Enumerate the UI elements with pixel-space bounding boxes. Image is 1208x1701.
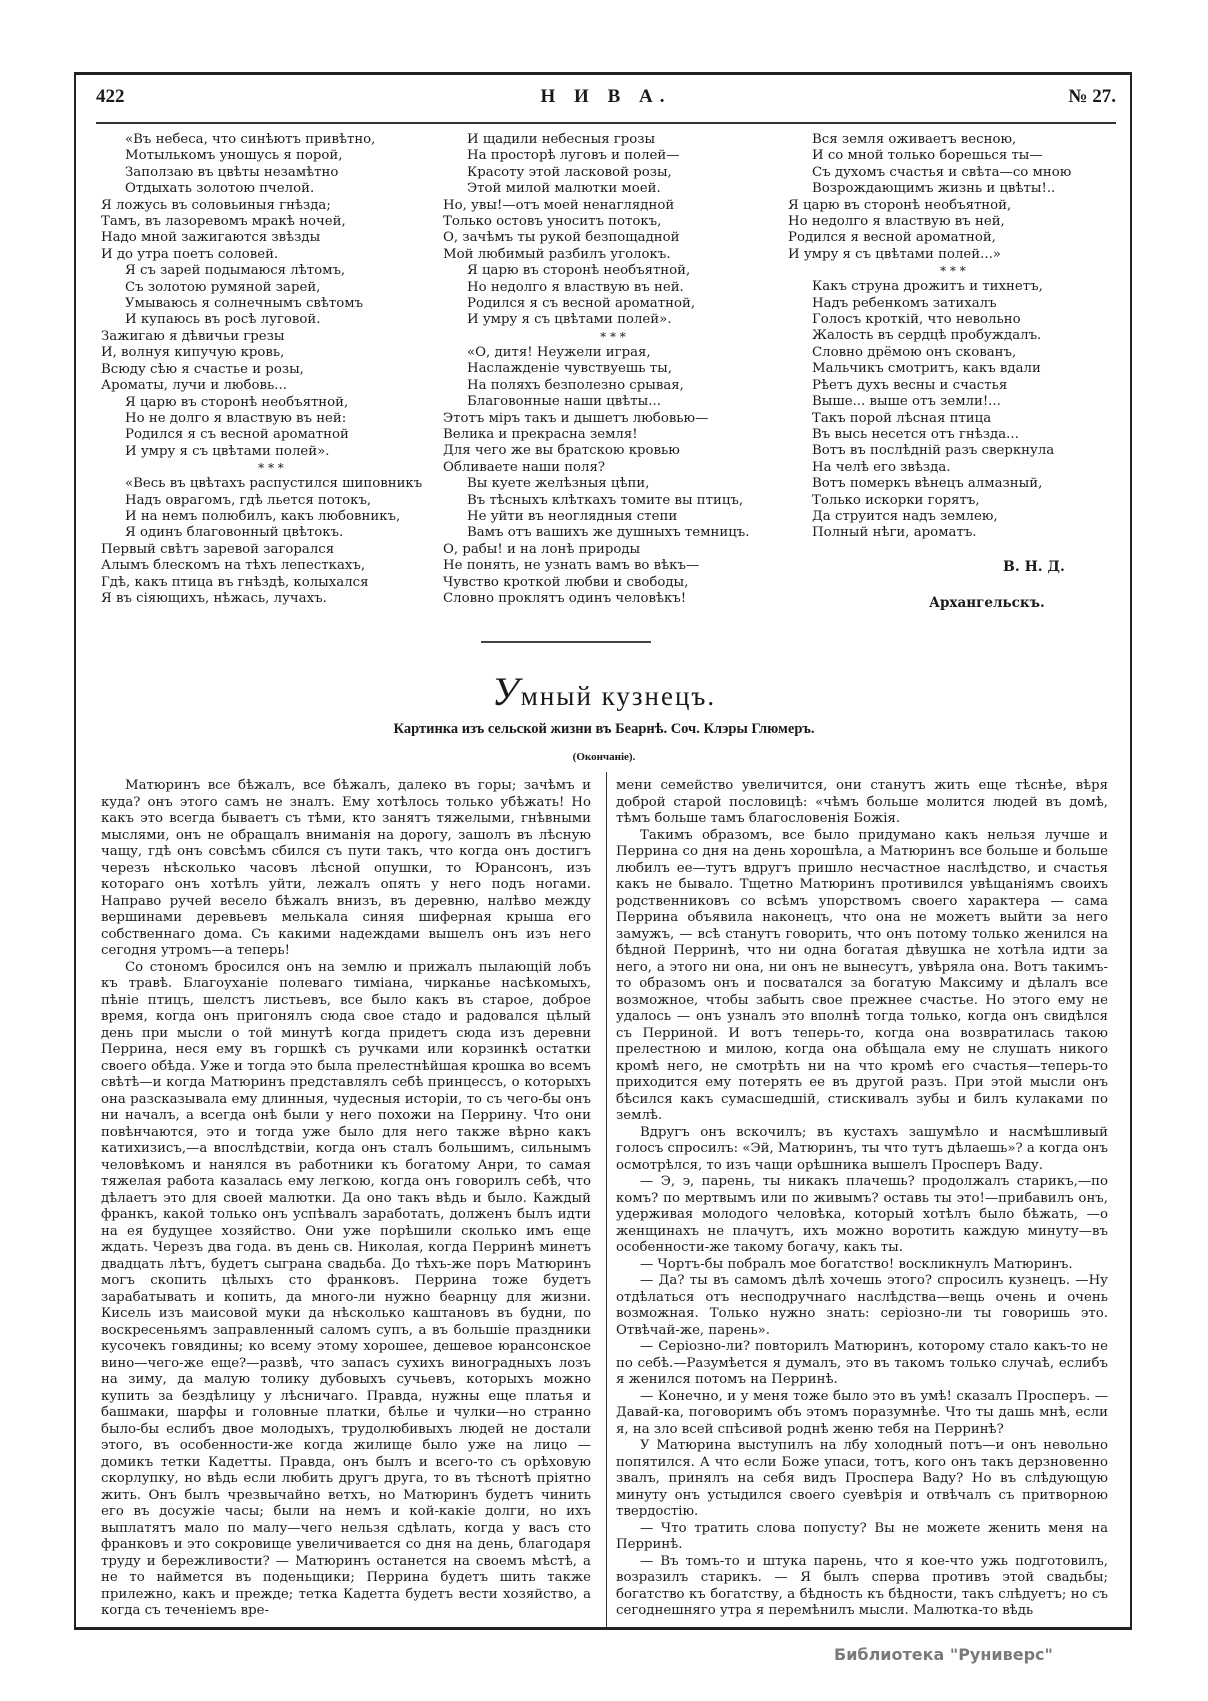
poem-line: Вы куете желѣзныя цѣпи,	[443, 476, 783, 492]
story-paragraph: — Да? ты въ самомъ дѣлѣ хочешь этого? сп…	[616, 1273, 1108, 1339]
poem-line: «Весь въ цвѣтахъ распустился шиповникъ	[101, 476, 441, 492]
stanza-separator: * * *	[788, 263, 1118, 279]
poem-line: Я одинъ благовонный цвѣтокъ.	[101, 525, 441, 541]
poem-line: Мотылькомъ уношусь я порой,	[101, 148, 441, 164]
poem-line: Велика и прекрасна земля!	[443, 427, 783, 443]
library-watermark: Библиотека "Руниверс"	[834, 1645, 1053, 1664]
poem-line: Но недолго я властвую въ ней,	[788, 214, 1118, 230]
poem-line: Первый свѣтъ заревой загорался	[101, 542, 441, 558]
title-rest: мный кузнецъ.	[521, 681, 716, 711]
story-paragraph: — Чортъ-бы побралъ мое богатство! воскли…	[616, 1257, 1108, 1274]
poem-line: Полный нѣги, ароматъ.	[788, 525, 1118, 541]
story-paragraph: Такимъ образомъ, все было придумано какъ…	[616, 828, 1108, 1125]
poem-line: Алымъ блескомъ на тѣхъ лепесткахъ,	[101, 558, 441, 574]
poem-line: Красоту этой ласковой розы,	[443, 165, 783, 181]
poem-line: И щадили небесныя грозы	[443, 132, 783, 148]
poem-line: Я царю въ сторонѣ необъятной,	[101, 395, 441, 411]
poem-line: О, рабы! и на лонѣ природы	[443, 542, 783, 558]
poem-line: Зажигаю я дѣвичьи грезы	[101, 329, 441, 345]
story-paragraph: У Матюрина выступилъ на лбу холодный пот…	[616, 1438, 1108, 1521]
poem-line: Вся земля оживаетъ весною,	[788, 132, 1118, 148]
poem-line: Я ложусь въ соловьиныя гнѣзда;	[101, 198, 441, 214]
poem-line: Надъ ребенкомъ затихалъ	[788, 296, 1118, 312]
poem-line: И до утра поетъ соловей.	[101, 247, 441, 263]
poem-line: Надо мной зажигаются звѣзды	[101, 230, 441, 246]
story-subtitle: Картинка изъ сельской жизни въ Беарнѣ. С…	[0, 721, 1208, 738]
poem-place: Архангельскъ.	[929, 595, 1045, 611]
poem-line: Этой милой малютки моей.	[443, 181, 783, 197]
poem-line: На просторѣ луговъ и полей—	[443, 148, 783, 164]
story-title: Умный кузнецъ.	[0, 668, 1208, 715]
poem-line: Обливаете наши поля?	[443, 460, 783, 476]
poem-line: Мой любимый разбилъ уголокъ.	[443, 247, 783, 263]
poem-line: Такъ порой лѣсная птица	[788, 411, 1118, 427]
story-paragraph: — Что тратить слова попусту? Вы не может…	[616, 1521, 1108, 1554]
poem-line: Отдыхать золотою пчелой.	[101, 181, 441, 197]
section-divider	[481, 641, 651, 643]
poem-line: И умру я съ цвѣтами полей...»	[788, 247, 1118, 263]
poem-line: И умру я съ цвѣтами полей».	[101, 444, 441, 460]
poem-line: И на немъ полюбилъ, какъ любовникъ,	[101, 509, 441, 525]
poem-line: И, волнуя кипучую кровь,	[101, 345, 441, 361]
poem-line: Благовонные наши цвѣты...	[443, 394, 783, 410]
poem-line: Только остовъ уноситъ потокъ,	[443, 214, 783, 230]
poem-line: Родился я весной ароматной,	[788, 230, 1118, 246]
poem-line: Всюду сѣю я счастье и розы,	[101, 362, 441, 378]
story-paragraph: мени семейство увеличится, они станутъ ж…	[616, 778, 1108, 828]
poem-line: Я въ сіяющихъ, нѣжась, лучахъ.	[101, 591, 441, 607]
poem-line: Я царю въ сторонѣ необъятной,	[443, 263, 783, 279]
story-paragraph: — Э, э, парень, ты никакъ плачешь? продо…	[616, 1174, 1108, 1257]
poem-line: «Въ небеса, что синѣютъ привѣтно,	[101, 132, 441, 148]
poem-line: Не уйти въ неоглядныя степи	[443, 509, 783, 525]
poem-line: Я царю въ сторонѣ необъятной,	[788, 198, 1118, 214]
poem-line: Умываюсь я солнечнымъ свѣтомъ	[101, 296, 441, 312]
story-paragraph: Матюринъ все бѣжалъ, все бѣжалъ, далеко …	[101, 778, 591, 960]
poem-line: О, зачѣмъ ты рукой безпощадной	[443, 230, 783, 246]
column-divider	[606, 772, 607, 1627]
poem-line: Возрождающимъ жизнь и цвѣты!..	[788, 181, 1118, 197]
poem-line: Но недолго я властвую въ ней.	[443, 280, 783, 296]
header-rule	[96, 122, 1116, 124]
poem-line: Но, увы!—отъ моей ненаглядной	[443, 198, 783, 214]
stanza-separator: * * *	[443, 329, 783, 345]
poem-line: На поляхъ безполезно срывая,	[443, 378, 783, 394]
story-paragraph: — Конечно, и у меня тоже было это въ умѣ…	[616, 1389, 1108, 1439]
poem-line: Чувство кроткой любви и свободы,	[443, 575, 783, 591]
poem-line: Голосъ кроткій, что невольно	[788, 312, 1118, 328]
poem-line: Выше... выше отъ земли!...	[788, 394, 1118, 410]
poem-column-3: Вся земля оживаетъ весною,И со мной толь…	[788, 132, 1118, 542]
story-paragraph: — Серіозно-ли? повторилъ Матюринъ, котор…	[616, 1339, 1108, 1389]
story-paragraph: — Въ томъ-то и штука парень, что я кое-ч…	[616, 1554, 1108, 1620]
poem-line: На челѣ его звѣзда.	[788, 460, 1118, 476]
story-left-column: Матюринъ все бѣжалъ, все бѣжалъ, далеко …	[101, 778, 591, 1620]
poem-line: Рѣетъ духъ весны и счастья	[788, 378, 1118, 394]
poem-line: Наслажденіе чувствуешь ты,	[443, 361, 783, 377]
story-note: (Окончаніе).	[0, 751, 1208, 763]
poem-line: Словно дрёмою онъ скованъ,	[788, 345, 1118, 361]
poem-line: Надъ оврагомъ, гдѣ льется потокъ,	[101, 493, 441, 509]
poem-line: Тамъ, въ лазоревомъ мракѣ ночей,	[101, 214, 441, 230]
poem-column-1: «Въ небеса, что синѣютъ привѣтно,Мотыльк…	[101, 132, 441, 607]
poem-line: Мальчикъ смотритъ, какъ вдали	[788, 361, 1118, 377]
story-paragraph: Со стономъ бросился онъ на землю и прижа…	[101, 960, 591, 1620]
poem-column-2: И щадили небесныя грозыНа просторѣ лугов…	[443, 132, 783, 607]
poem-line: Вамъ отъ вашихъ же душныхъ темницъ.	[443, 525, 783, 541]
poem-line: Я съ зарей подымаюся лѣтомъ,	[101, 263, 441, 279]
poem-line: Заползаю въ цвѣты незамѣтно	[101, 165, 441, 181]
journal-title: Н И В А.	[96, 86, 1116, 108]
poem-line: Вотъ померкъ вѣнецъ алмазный,	[788, 476, 1118, 492]
poem-line: «О, дитя! Неужели играя,	[443, 345, 783, 361]
poem-line: Родился я съ весной ароматной,	[443, 296, 783, 312]
poem-line: Съ духомъ счастья и свѣта—со мною	[788, 165, 1118, 181]
poem-signature: В. Н. Д.	[1003, 559, 1065, 575]
poem-line: Только искорки горятъ,	[788, 493, 1118, 509]
poem-line: Словно проклятъ одинъ человѣкъ!	[443, 591, 783, 607]
poem-line: Родился я съ весной ароматной	[101, 427, 441, 443]
poem-line: Въ тѣсныхъ клѣткахъ томите вы птицъ,	[443, 493, 783, 509]
title-initial: У	[492, 669, 521, 714]
poem-line: И умру я съ цвѣтами полей».	[443, 312, 783, 328]
poem-line: Не понять, не узнать вамъ во вѣкъ—	[443, 558, 783, 574]
poem-line: Гдѣ, какъ птица въ гнѣздѣ, колыхался	[101, 575, 441, 591]
story-right-column: мени семейство увеличится, они станутъ ж…	[616, 778, 1108, 1620]
poem-line: Съ золотою румяной зарей,	[101, 280, 441, 296]
poem-line: Да струится надъ землею,	[788, 509, 1118, 525]
poem-line: Какъ струна дрожитъ и тихнетъ,	[788, 279, 1118, 295]
poem-line: Этотъ міръ такъ и дышетъ любовью—	[443, 411, 783, 427]
stanza-separator: * * *	[101, 460, 441, 476]
poem-line: И со мной только борешься ты—	[788, 148, 1118, 164]
poem-line: Вотъ въ послѣдній разъ сверкнула	[788, 443, 1118, 459]
page-header: 422 Н И В А. № 27.	[96, 86, 1116, 116]
poem-line: Ароматы, лучи и любовь...	[101, 378, 441, 394]
poem-line: Жалость въ сердцѣ пробуждалъ.	[788, 328, 1118, 344]
issue-number: № 27.	[1068, 86, 1116, 108]
poem-line: И купаюсь въ росѣ луговой.	[101, 312, 441, 328]
poem-line: Но не долго я властвую въ ней:	[101, 411, 441, 427]
story-paragraph: Вдругъ онъ вскочилъ; въ кустахъ зашумѣло…	[616, 1125, 1108, 1175]
poem-line: Въ высь несется отъ гнѣзда...	[788, 427, 1118, 443]
poem-line: Для чего же вы братскою кровью	[443, 443, 783, 459]
